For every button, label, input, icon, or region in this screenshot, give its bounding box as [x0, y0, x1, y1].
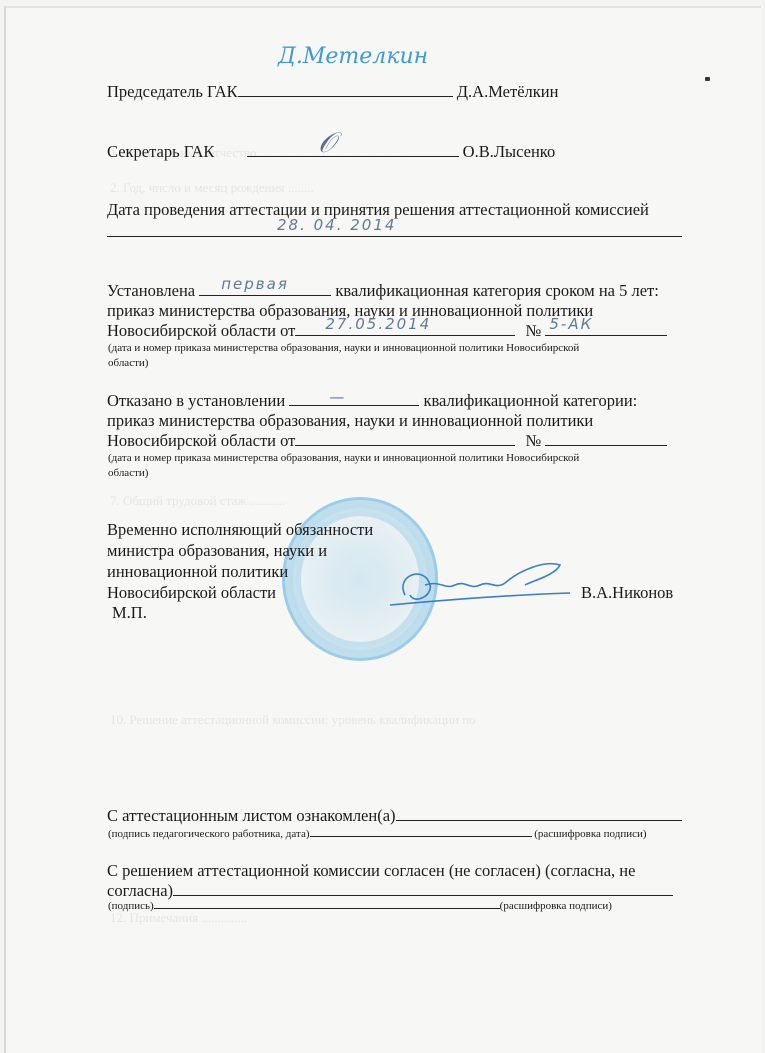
bleed-through-text: 10. Решение аттестационной комиссии: уро…	[110, 712, 476, 728]
secretary-name: О.В.Лысенко	[463, 142, 556, 161]
attestation-date-row: 28. 04. 2014	[107, 222, 682, 242]
acquainted-note-left: (подпись педагогического работника, дата…	[108, 828, 310, 840]
minister-line-1: Временно исполняющий обязанности	[107, 520, 373, 540]
chairman-signature-line	[238, 82, 453, 97]
minister-line-3: инновационной политики	[107, 562, 288, 582]
established-order-date-line: 27.05.2014	[295, 321, 515, 336]
secretary-signature-line	[247, 142, 459, 157]
refused-order-prefix: Новосибирской области от	[107, 431, 295, 450]
acquainted-note-row: (подпись педагогического работника, дата…	[108, 826, 647, 841]
secretary-row: Секретарь ГАК О.В.Лысенко	[107, 142, 555, 162]
refused-row-2: приказ министерства образования, науки и…	[107, 411, 593, 431]
established-category-line: первая	[199, 281, 331, 296]
established-number-sign: №	[526, 321, 542, 340]
agreement-signature-line	[173, 881, 673, 896]
chairman-row: Председатель ГАК Д.А.Метёлкин	[107, 82, 558, 102]
established-order-number: 5-АК	[549, 314, 593, 334]
agreement-decode-line	[154, 898, 500, 909]
bleed-through-text: 2. Год, число и месяц рождения ........	[110, 180, 314, 196]
refused-label-suffix: квалификационной категории:	[423, 391, 637, 410]
established-order-prefix: Новосибирской области от	[107, 321, 295, 340]
established-row-1: Установлена первая квалификационная кате…	[107, 281, 659, 301]
established-note-1: (дата и номер приказа министерства образ…	[108, 341, 579, 355]
established-note-2: области)	[108, 356, 148, 370]
agreement-line-1: С решением аттестационной комиссии согла…	[107, 861, 635, 881]
bleed-through-text: 7. Общий трудовой стаж ...........	[110, 493, 285, 509]
refused-label-prefix: Отказано в установлении	[107, 391, 285, 410]
seal-place-mark: М.П.	[112, 603, 147, 623]
refused-row-1: Отказано в установлении — квалификационн…	[107, 391, 637, 411]
minister-name: В.А.Никонов	[581, 583, 673, 603]
scan-speck	[705, 77, 710, 81]
refused-row-3: Новосибирской области от №	[107, 431, 667, 451]
established-label-suffix: квалификационная категория сроком на 5 л…	[335, 281, 658, 300]
minister-line-4: Новосибирской области	[107, 583, 276, 603]
refused-category-line: —	[289, 391, 419, 406]
established-row-3: Новосибирской области от 27.05.2014 № 5-…	[107, 321, 667, 341]
refused-number-sign: №	[526, 431, 542, 450]
acquainted-label: С аттестационным листом ознакомлен(а)	[107, 806, 396, 825]
acquainted-signature-line	[396, 806, 682, 821]
acquainted-row: С аттестационным листом ознакомлен(а)	[107, 806, 682, 826]
minister-line-2: министра образования, науки и	[107, 541, 327, 561]
refused-note-1: (дата и номер приказа министерства образ…	[108, 451, 579, 465]
established-order-date: 27.05.2014	[325, 314, 431, 334]
secretary-label: Секретарь ГАК	[107, 142, 214, 161]
acquainted-note-right: (расшифровка подписи)	[534, 828, 646, 840]
refused-note-2: области)	[108, 466, 148, 480]
minister-signature	[385, 555, 575, 615]
chairman-name: Д.А.Метёлкин	[457, 82, 559, 101]
chairman-signature: Д.Метелкин	[278, 44, 428, 69]
refused-order-number-line	[545, 431, 667, 446]
refused-order-date-line	[295, 431, 515, 446]
established-category-value: первая	[221, 274, 289, 294]
established-label-prefix: Установлена	[107, 281, 195, 300]
acquainted-decode-line	[310, 826, 532, 837]
agreement-note-row: (подпись)(расшифровка подписи)	[108, 898, 612, 913]
attestation-date-line: 28. 04. 2014	[107, 222, 682, 237]
established-order-number-line: 5-АК	[545, 321, 667, 336]
attestation-date-value: 28. 04. 2014	[277, 215, 396, 235]
refused-category-value: —	[329, 387, 346, 407]
agreement-note-left: (подпись)	[108, 900, 154, 912]
agreement-note-right: (расшифровка подписи)	[500, 900, 612, 912]
chairman-label: Председатель ГАК	[107, 82, 238, 101]
